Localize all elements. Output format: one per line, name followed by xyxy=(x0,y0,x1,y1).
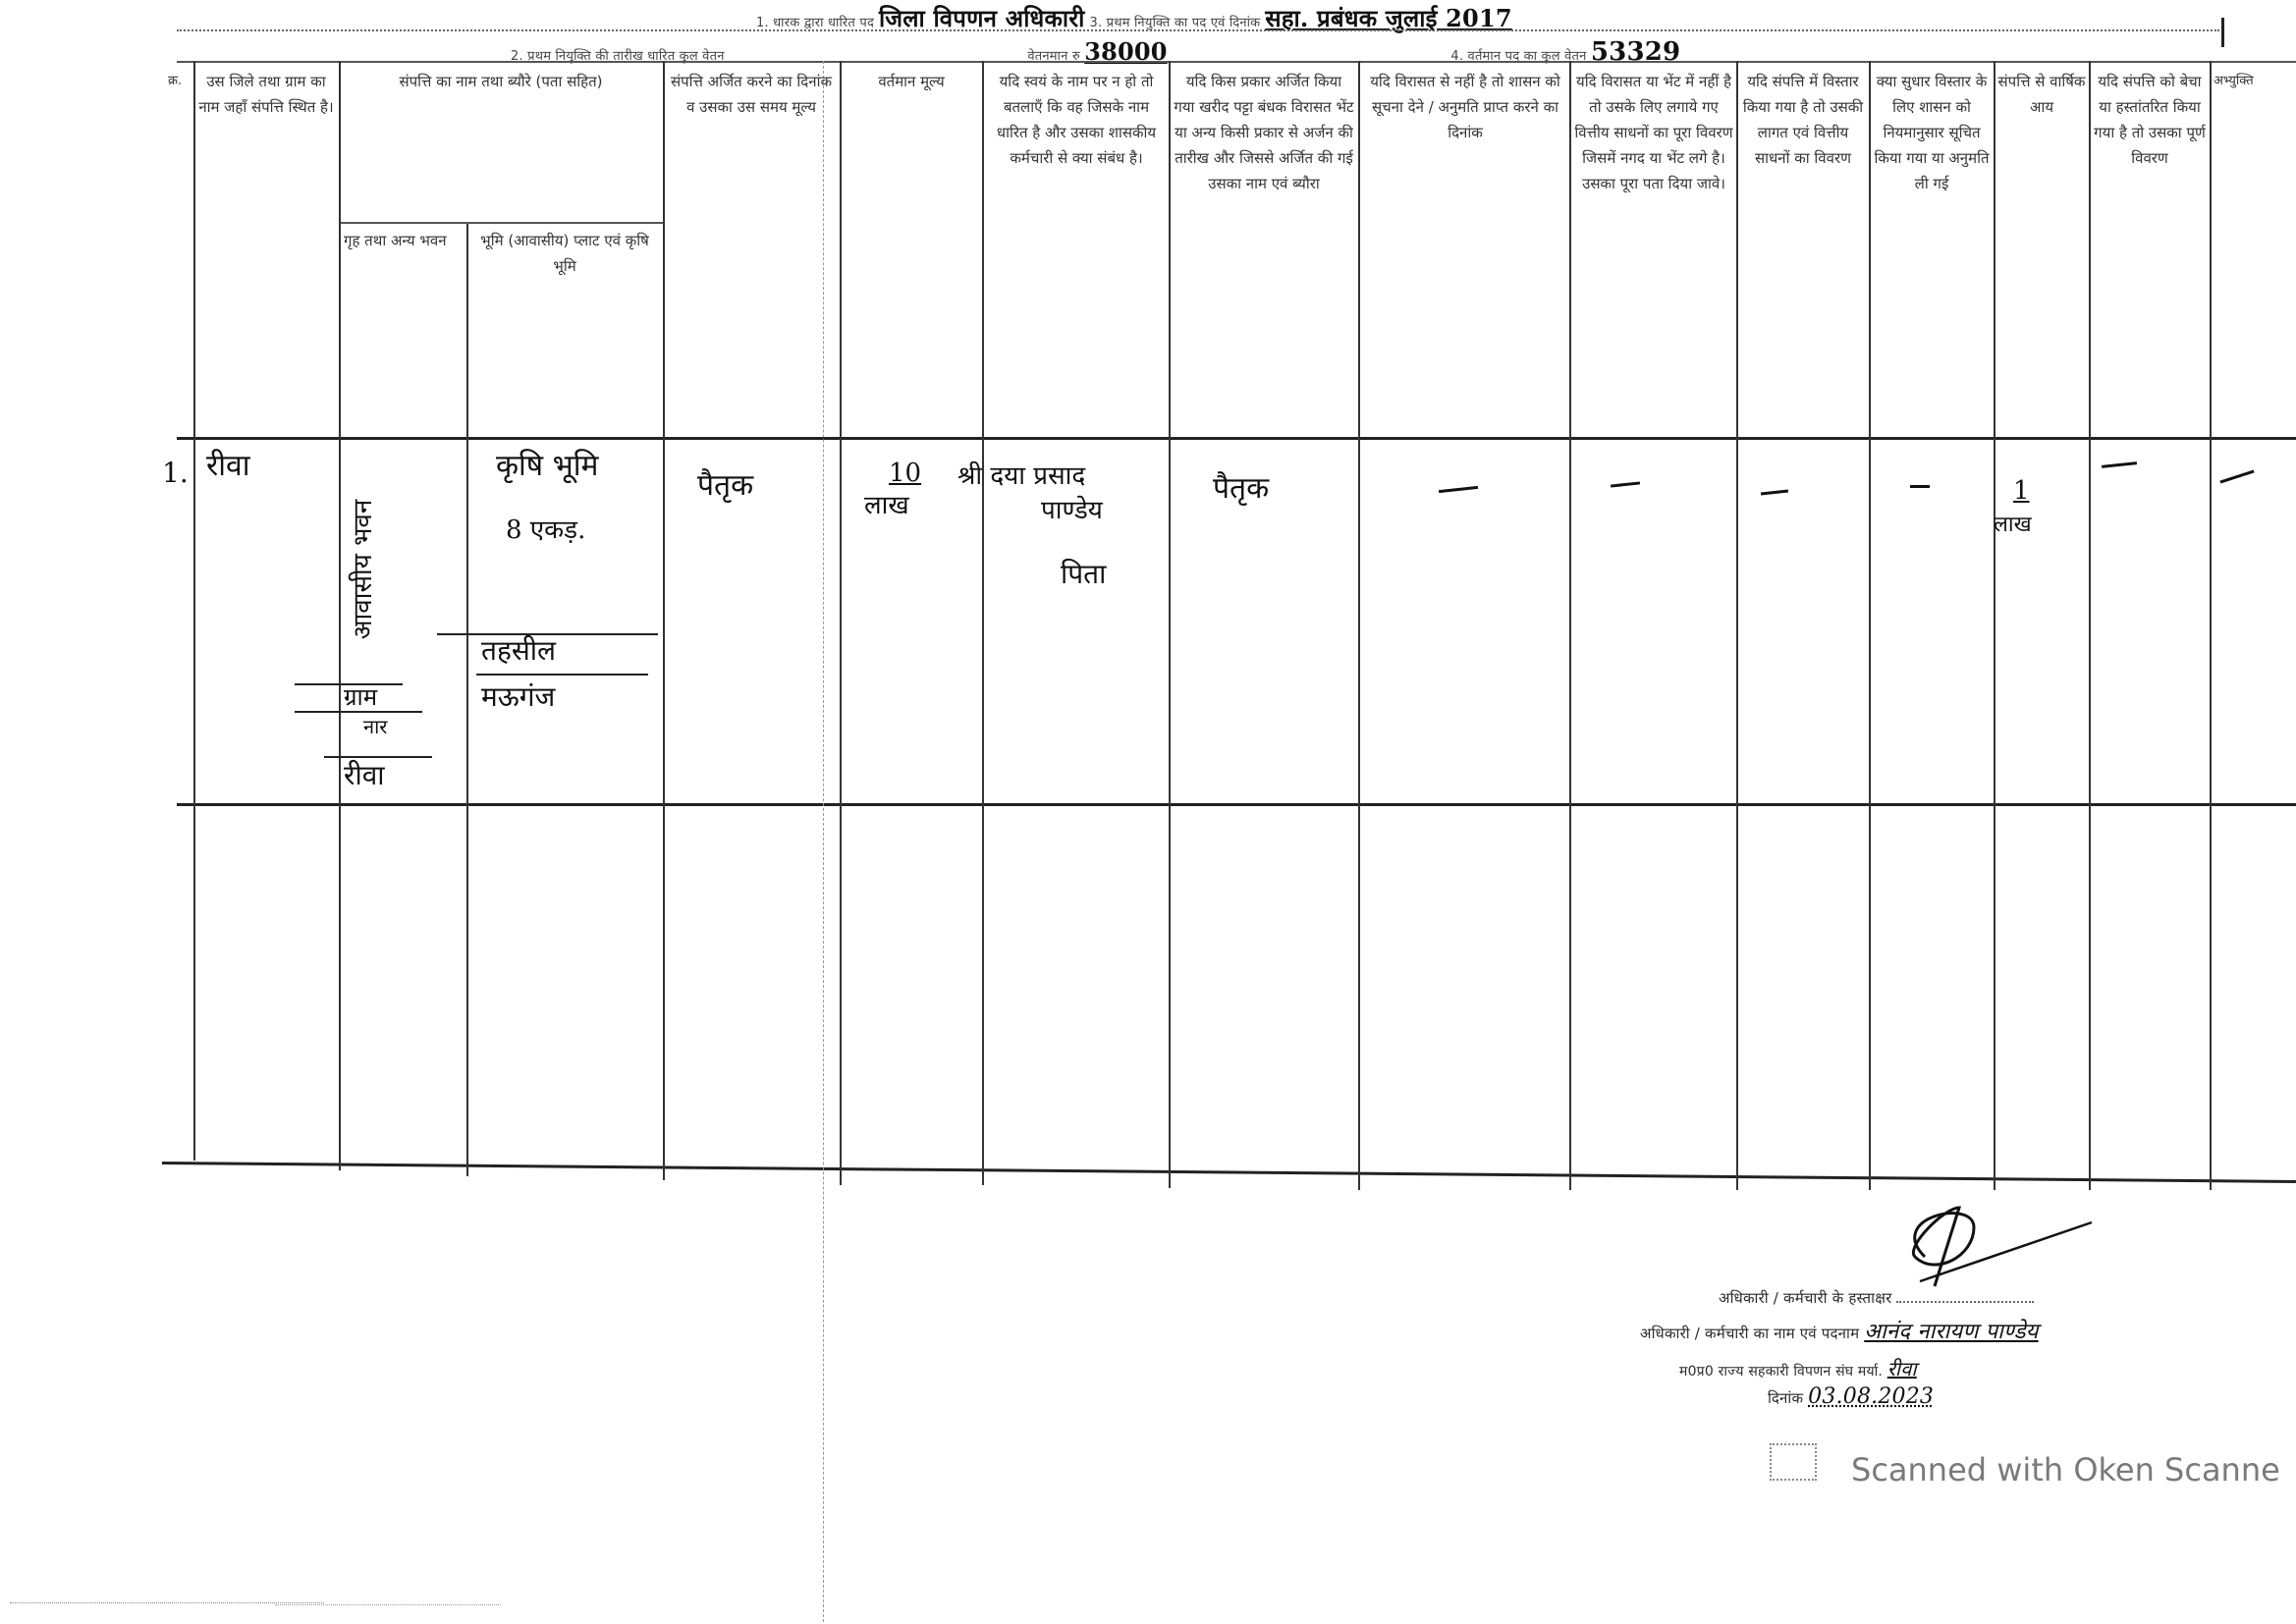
col-divider-2 xyxy=(466,224,468,1176)
col-header-permission-2: क्या सुधार विस्तार के लिए शासन को नियमान… xyxy=(1873,69,1991,196)
signature-label: अधिकारी / कर्मचारी के हस्ताक्षर xyxy=(1719,1288,2034,1308)
officer-name-value: आनंद नारायण पाण्डेय xyxy=(1864,1320,2038,1344)
col-header-relation: यदि स्वयं के नाम पर न हो तो बतलाएँ कि वह… xyxy=(987,69,1166,171)
header-bottom-border xyxy=(177,437,2296,440)
cell-relation-surname: पाण्डेय xyxy=(1041,491,1103,530)
cell-improvement-dash xyxy=(1761,490,1788,496)
date-value: 03.08.2023 xyxy=(1808,1384,1934,1409)
bottom-dotted-rule xyxy=(275,1604,501,1605)
officer-name-label: अधिकारी / कर्मचारी का नाम एवं पदनाम xyxy=(1640,1325,1859,1342)
col-divider-8 xyxy=(1569,61,1571,1190)
table-top-border xyxy=(177,61,2296,63)
table-bottom-border xyxy=(162,1162,2296,1183)
office-value: रीवा xyxy=(1887,1357,1917,1380)
col-header-source: यदि विरासत या भेंट में नहीं है तो उसके ल… xyxy=(1573,69,1734,196)
signature-label-text: अधिकारी / कर्मचारी के हस्ताक्षर xyxy=(1719,1289,1892,1307)
cell-income-unit: लाख xyxy=(1994,506,2032,545)
col-header-income: संपत्ति से वार्षिक आय xyxy=(1997,69,2086,120)
cell-permission-2-dash xyxy=(1910,485,1930,488)
header-held-post-value: जिला विपणन अधिकारी xyxy=(879,4,1084,32)
header-first-appointment-value: सहा. प्रबंधक जुलाई 2017 xyxy=(1265,4,1511,32)
col-divider-13 xyxy=(2210,61,2212,1190)
header-held-post-label: 1. धारक द्वारा धारित पद xyxy=(756,16,874,30)
cell-how-acquired: पैतृक xyxy=(1213,469,1269,509)
fold-crease xyxy=(823,61,824,1622)
header-top-rule xyxy=(177,29,2219,32)
subheader-divider xyxy=(339,222,663,224)
watermark-text: Scanned with Oken Scanne xyxy=(1851,1451,2280,1489)
qr-code-icon xyxy=(1770,1443,1817,1481)
date-line: दिनांक 03.08.2023 xyxy=(1768,1384,1934,1409)
col-header-property: संपत्ति का नाम तथा ब्यौरे (पता सहित) xyxy=(344,69,658,94)
col-divider-0 xyxy=(193,61,195,1161)
office-line: म0प्र0 राज्य सहकारी विपणन संघ मर्या. रीव… xyxy=(1679,1355,1917,1381)
page-corner-mark xyxy=(2221,18,2224,47)
cell-income-amount: 1 xyxy=(2013,471,2030,511)
cell-land-tehsil-name: मऊगंज xyxy=(481,677,555,717)
col-divider-6 xyxy=(1169,61,1171,1188)
header-first-appointment-label: 3. प्रथम नियुक्ति का पद एवं दिनांक xyxy=(1090,16,1261,30)
col-header-transferred: यदि संपत्ति को बेचा या हस्तांतरित किया ग… xyxy=(2093,69,2207,171)
col-divider-11 xyxy=(1994,61,1995,1190)
cell-source-dash xyxy=(1611,481,1640,487)
row-1-bottom-border xyxy=(177,803,2296,806)
cell-district: रीवा xyxy=(206,447,250,486)
cell-house-type: आवासीय भवन xyxy=(344,471,383,668)
cell-land-area: 8 एकड़. xyxy=(506,511,585,550)
col-header-permission: यदि विरासत से नहीं है तो शासन को सूचना द… xyxy=(1365,69,1565,145)
col-header-remarks: अभ्युक्ति xyxy=(2214,69,2296,94)
cell-relation-name: श्री दया प्रसाद xyxy=(957,457,1085,496)
house-address-nar: नार xyxy=(363,707,387,746)
cell-relation-type: पिता xyxy=(1061,555,1106,594)
col-header-improvement: यदि संपत्ति में विस्तार किया गया है तो उ… xyxy=(1740,69,1866,171)
cell-land-tehsil: तहसील xyxy=(481,631,556,671)
land-divider-2 xyxy=(476,674,648,676)
col-divider-10 xyxy=(1869,61,1871,1190)
col-divider-4 xyxy=(840,61,842,1185)
col-header-district: उस जिले तथा ग्राम का नाम जहाँ संपत्ति स्… xyxy=(196,69,336,120)
cell-remarks-dash xyxy=(2219,470,2254,484)
col-header-sno: क्र. xyxy=(157,69,192,94)
officer-name-line: अधिकारी / कर्मचारी का नाम एवं पदनाम आनंद… xyxy=(1640,1316,2039,1345)
house-address-city: रीवा xyxy=(344,756,385,795)
cell-transferred-dash xyxy=(2102,461,2137,468)
cell-acquired-date: पैतृक xyxy=(697,466,753,506)
col-header-land: भूमि (आवासीय) प्लाट एवं कृषि भूमि xyxy=(471,228,658,279)
col-divider-7 xyxy=(1358,61,1360,1190)
office-label: म0प्र0 राज्य सहकारी विपणन संघ मर्या. xyxy=(1679,1364,1883,1380)
col-divider-12 xyxy=(2089,61,2091,1190)
col-divider-9 xyxy=(1736,61,1738,1190)
col-divider-3 xyxy=(663,61,665,1180)
col-divider-5 xyxy=(982,61,984,1185)
col-header-how-acquired: यदि किस प्रकार अर्जित किया गया खरीद पट्ट… xyxy=(1174,69,1354,196)
strike-line xyxy=(295,711,422,713)
cell-permission-dash xyxy=(1439,486,1478,493)
bottom-dotted-rule xyxy=(10,1602,324,1603)
cell-sno: 1. xyxy=(162,454,189,493)
col-header-acquired-date: संपत्ति अर्जित करने का दिनांक व उसका उस … xyxy=(668,69,835,120)
cell-land-type: कृषि भूमि xyxy=(496,447,599,486)
col-header-current-value: वर्तमान मूल्य xyxy=(845,69,978,94)
col-header-house: गृह तथा अन्य भवन xyxy=(344,228,462,253)
col-divider-1 xyxy=(339,61,341,1170)
cell-current-value-unit: लाख xyxy=(864,486,909,525)
date-label: दिनांक xyxy=(1768,1389,1803,1407)
